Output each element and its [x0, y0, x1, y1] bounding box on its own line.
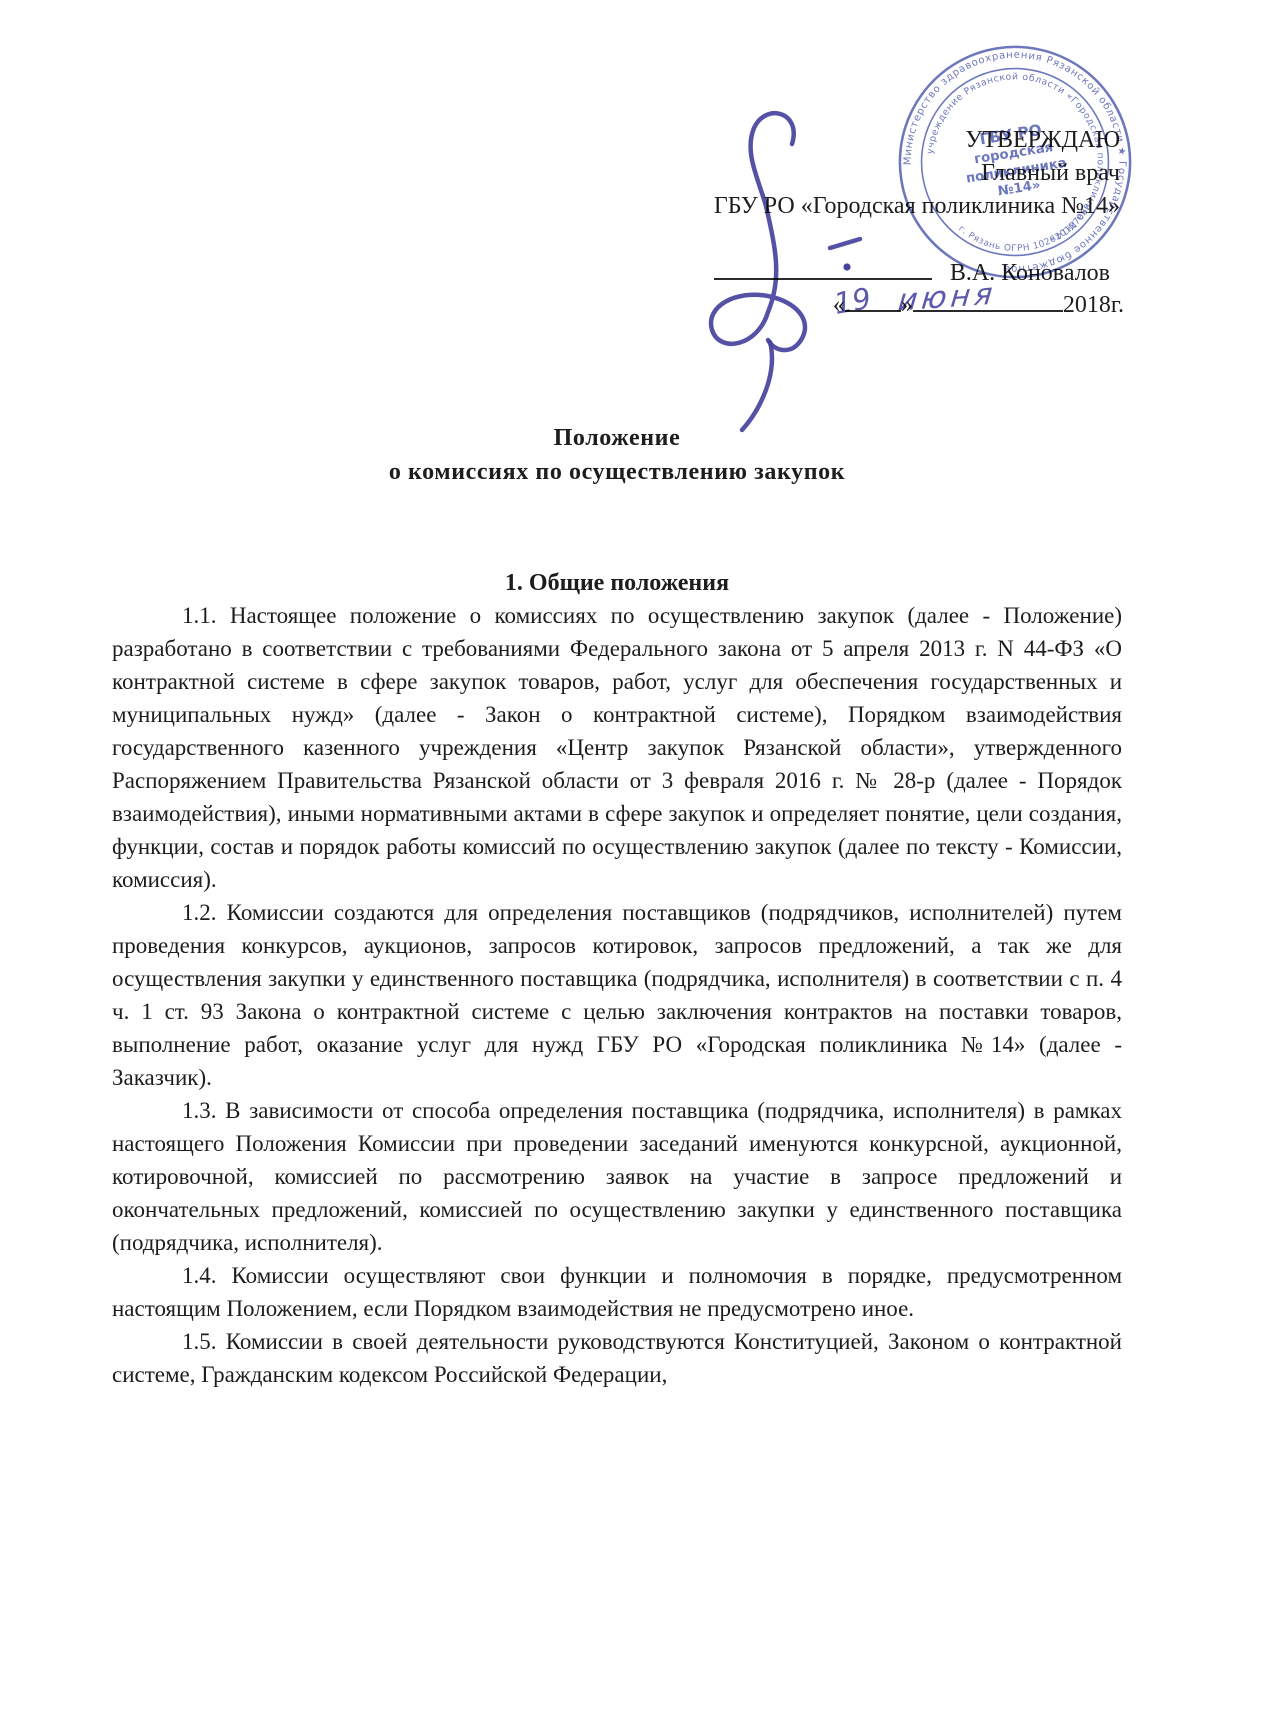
paragraph-1-4: 1.4. Комиссии осуществляют свои функции …: [112, 1259, 1122, 1325]
section-heading: 1. Общие положения: [112, 567, 1122, 600]
paragraph-1-5: 1.5. Комиссии в своей деятельности руков…: [112, 1325, 1122, 1391]
signature-flourish-icon: [650, 100, 910, 440]
organization-stamp-icon: Министерство здравоохранения Рязанской о…: [878, 25, 1153, 300]
document-title-line1: Положение: [112, 421, 1122, 455]
paragraph-1-1: 1.1. Настоящее положение о комиссиях по …: [112, 599, 1122, 896]
document-title: Положение о комиссиях по осуществлению з…: [112, 421, 1122, 489]
paragraph-1-2: 1.2. Комиссии создаются для определения …: [112, 896, 1122, 1094]
paragraph-1-3: 1.3. В зависимости от способа определени…: [112, 1094, 1122, 1259]
handwritten-day: 19: [831, 281, 873, 321]
document-title-line2: о комиссиях по осуществлению закупок: [112, 455, 1122, 489]
stamp-center-line4: №14»: [997, 178, 1042, 200]
stamp-outer-ring: [883, 30, 1146, 293]
document-page: УТВЕРЖДАЮ Главный врач ГБУ РО «Городская…: [0, 0, 1270, 1722]
document-body: 1.1. Настоящее положение о комиссиях по …: [112, 599, 1122, 1391]
date-year: 2018г.: [1063, 292, 1124, 318]
handwritten-month: июня: [896, 276, 998, 318]
